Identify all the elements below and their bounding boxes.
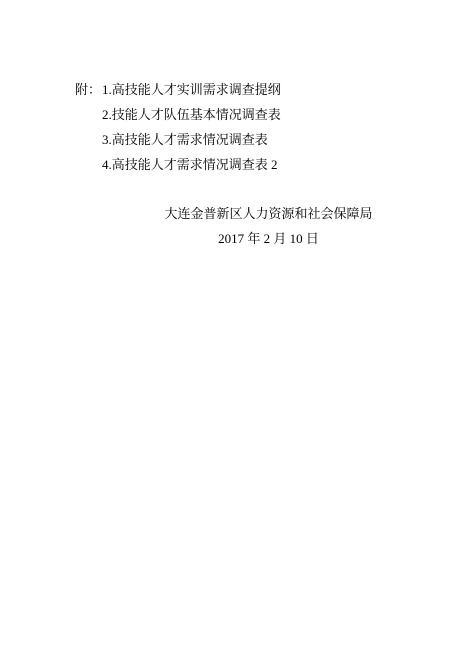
attachment-line-4: 4.高技能人才需求情况调查表 2 — [75, 152, 281, 177]
attachment-item-4: 4.高技能人才需求情况调查表 2 — [102, 157, 278, 172]
signature-organization: 大连金普新区人力资源和社会保障局 — [80, 201, 457, 226]
attachment-line-2: 2.技能人才队伍基本情况调查表 — [75, 102, 281, 127]
attachment-label: 附： — [75, 77, 102, 102]
attachment-item-1: 1.高技能人才实训需求调查提纲 — [102, 82, 281, 97]
attachment-line-1: 附：1.高技能人才实训需求调查提纲 — [75, 77, 281, 102]
attachment-item-2: 2.技能人才队伍基本情况调查表 — [102, 107, 281, 122]
attachment-list: 附：1.高技能人才实训需求调查提纲 2.技能人才队伍基本情况调查表 3.高技能人… — [75, 77, 281, 177]
attachment-item-3: 3.高技能人才需求情况调查表 — [102, 132, 268, 147]
signature-date: 2017 年 2 月 10 日 — [80, 226, 457, 251]
attachment-line-3: 3.高技能人才需求情况调查表 — [75, 127, 281, 152]
signature-block: 大连金普新区人力资源和社会保障局 2017 年 2 月 10 日 — [80, 201, 457, 251]
document-page: 附：1.高技能人才实训需求调查提纲 2.技能人才队伍基本情况调查表 3.高技能人… — [0, 0, 457, 652]
